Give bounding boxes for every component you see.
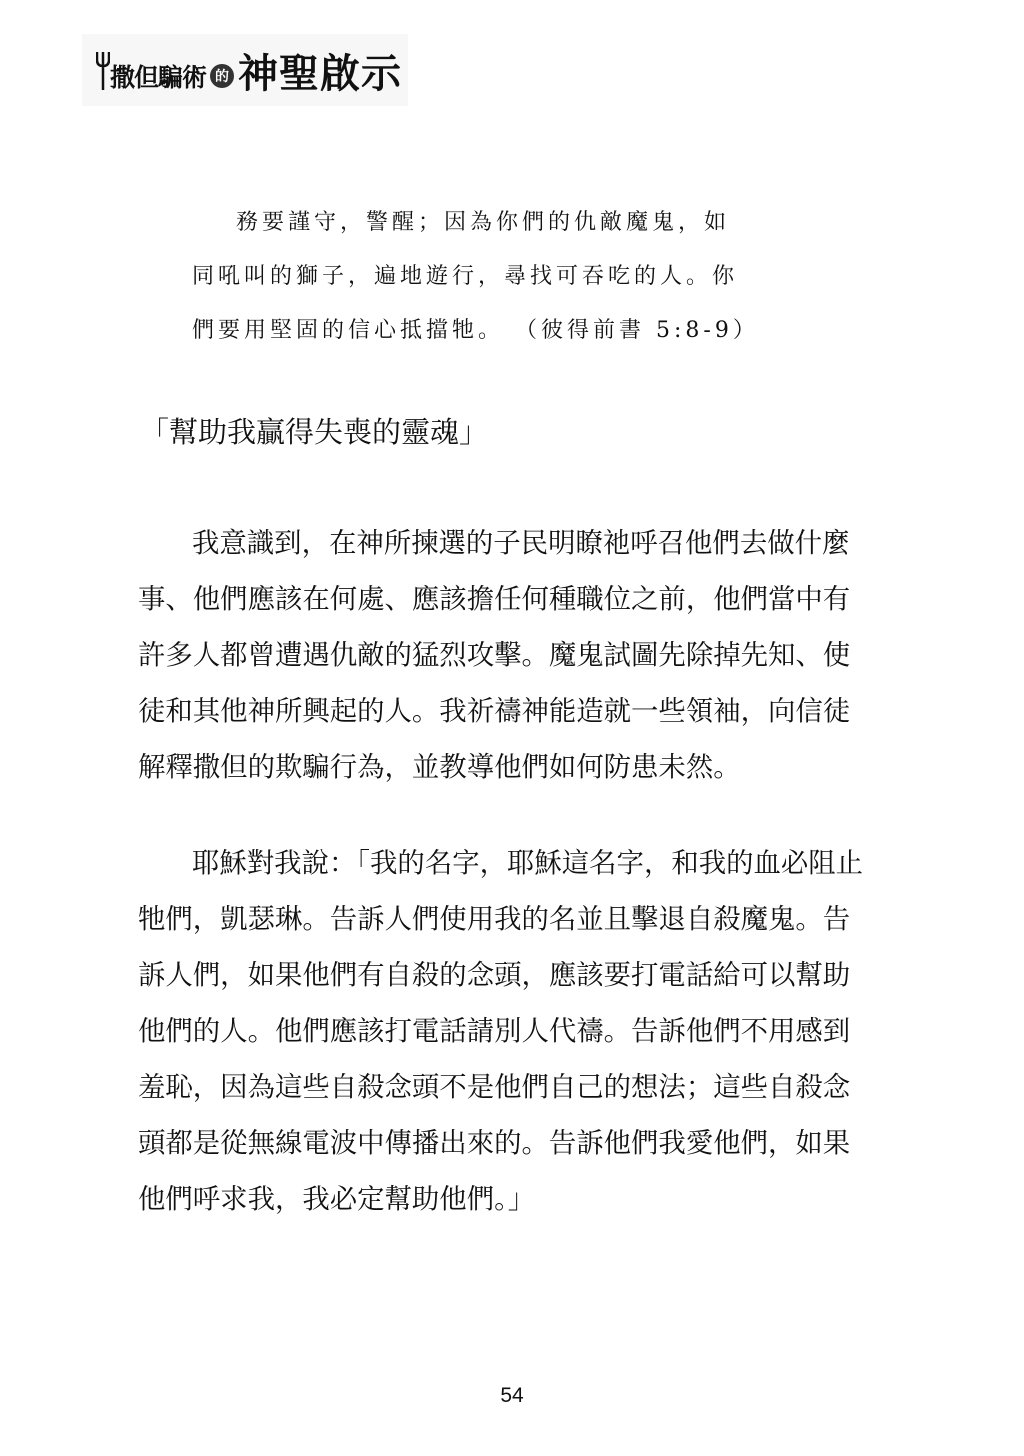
book-header-logo: 撒但騙術 的 神聖啟示 bbox=[82, 34, 408, 106]
scripture-quote: 務要謹守，警醒；因為你們的仇敵魔鬼，如 同吼叫的獅子，遍地遊行，尋找可吞吃的人。… bbox=[192, 196, 822, 358]
paragraph-line: 頭都是從無線電波中傳播出來的。告訴他們我愛他們，如果 bbox=[138, 1116, 878, 1172]
paragraph-line: 耶穌對我說：「我的名字，耶穌這名字，和我的血必阻止 bbox=[138, 836, 878, 892]
trident-icon bbox=[96, 50, 110, 90]
verse-line: 務要謹守，警醒；因為你們的仇敵魔鬼，如 bbox=[192, 196, 822, 250]
body-paragraph: 耶穌對我說：「我的名字，耶穌這名字，和我的血必阻止 牠們，凱瑟琳。告訴人們使用我… bbox=[138, 836, 878, 1228]
paragraph-line: 事、他們應該在何處、應該擔任何種職位之前，他們當中有 bbox=[138, 572, 878, 628]
logo-title: 神聖啟示 bbox=[238, 42, 402, 99]
paragraph-line: 解釋撒但的欺騙行為，並教導他們如何防患未然。 bbox=[138, 740, 878, 796]
verse-line: 們要用堅固的信心抵擋牠。 （彼得前書 5:8-9） bbox=[192, 304, 822, 358]
paragraph-line: 訴人們，如果他們有自殺的念頭，應該要打電話給可以幫助 bbox=[138, 948, 878, 1004]
paragraph-line: 他們呼求我，我必定幫助他們。」 bbox=[138, 1172, 878, 1228]
page-number: 54 bbox=[0, 1384, 1024, 1408]
body-paragraph: 我意識到，在神所揀選的子民明瞭祂呼召他們去做什麼 事、他們應該在何處、應該擔任何… bbox=[138, 516, 878, 796]
paragraph-line: 羞恥，因為這些自殺念頭不是他們自己的想法；這些自殺念 bbox=[138, 1060, 878, 1116]
logo-connector-badge: 的 bbox=[210, 64, 234, 88]
section-heading: 「幫助我贏得失喪的靈魂」 bbox=[140, 410, 488, 451]
paragraph-line: 我意識到，在神所揀選的子民明瞭祂呼召他們去做什麼 bbox=[138, 516, 878, 572]
paragraph-line: 他們的人。他們應該打電話請別人代禱。告訴他們不用感到 bbox=[138, 1004, 878, 1060]
paragraph-line: 牠們，凱瑟琳。告訴人們使用我的名並且擊退自殺魔鬼。告 bbox=[138, 892, 878, 948]
paragraph-line: 徒和其他神所興起的人。我祈禱神能造就一些領袖，向信徒 bbox=[138, 684, 878, 740]
logo-subtitle: 撒但騙術 bbox=[110, 58, 206, 94]
verse-line: 同吼叫的獅子，遍地遊行，尋找可吞吃的人。你 bbox=[192, 250, 822, 304]
paragraph-line: 許多人都曾遭遇仇敵的猛烈攻擊。魔鬼試圖先除掉先知、使 bbox=[138, 628, 878, 684]
